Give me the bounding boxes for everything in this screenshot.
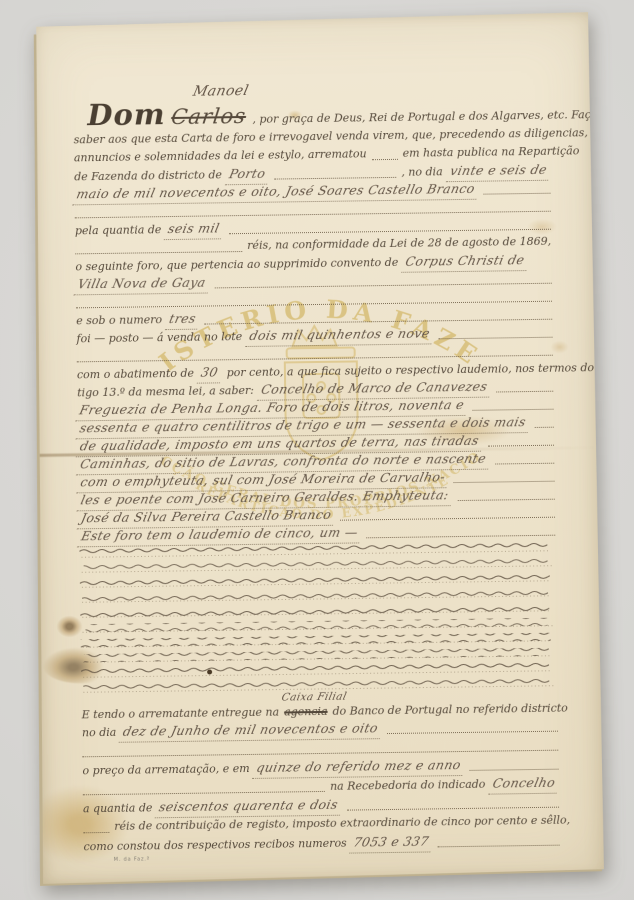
handwritten-entry: seis mil [164, 219, 226, 240]
printer-mark-text: M. da Faz.ª [114, 856, 150, 863]
handwritten-entry: dois mil quinhentos e nove [245, 324, 435, 347]
crossed-out-blank-lines [79, 541, 557, 698]
dotted-rule [228, 213, 551, 234]
handwritten-entry: 30 [197, 363, 224, 383]
printed-text: como constou dos respectivos recibos num… [83, 834, 346, 857]
dotted-rule [457, 483, 554, 501]
printed-text: , no dia [401, 163, 443, 182]
handwritten-entry: tres [165, 310, 202, 331]
dotted-rule [371, 143, 397, 160]
handwritten-entry: dez de Junho de mil novecentos e oito [119, 718, 384, 743]
handwritten-correction: Caixa Filial [278, 688, 353, 709]
handwritten-entry: Corpus Christi de [401, 251, 530, 273]
handwritten-entry: Villa Nova de Gaya [74, 273, 212, 295]
photo-background: MINISTERIO DA FAZENDA DIRECÇÃO GERAL DOS… [0, 0, 634, 900]
document-paper-wrap: MINISTERIO DA FAZENDA DIRECÇÃO GERAL DOS… [30, 12, 604, 884]
dotted-rule [495, 447, 555, 465]
dotted-rule [387, 715, 558, 734]
dotted-rule [438, 321, 552, 340]
dotted-rule [83, 816, 109, 833]
document-text: Manoel Dom Carlos , por graça de Deus, R… [30, 12, 604, 884]
printed-text: e sob o numero [76, 311, 162, 330]
handwritten-entry: Concelho [488, 773, 561, 795]
printer-mark: M. da Faz.ª [114, 856, 150, 863]
document-paper: MINISTERIO DA FAZENDA DIRECÇÃO GERAL DOS… [30, 12, 604, 884]
handwritten-entry: Este foro tem o laudemio de cinco, um — [77, 523, 364, 547]
struck-king-name: Carlos [170, 104, 248, 129]
dotted-rule [470, 753, 559, 771]
printed-text: com o abatimento de [77, 365, 194, 385]
dotted-rule [366, 519, 555, 539]
handwritten-entry: seiscentos quarenta e dois [155, 795, 344, 819]
handwritten-king-name: Manoel [189, 81, 255, 103]
handwritten-entry: quinze do referido mez e anno [252, 755, 467, 779]
dotted-rule [274, 161, 397, 180]
handwritten-entry: 7053 e 337 [349, 831, 435, 853]
dotted-rule [534, 411, 553, 428]
dotted-rule [438, 829, 560, 848]
dotted-rule [496, 375, 554, 393]
salutation-dom: Dom [87, 102, 166, 127]
